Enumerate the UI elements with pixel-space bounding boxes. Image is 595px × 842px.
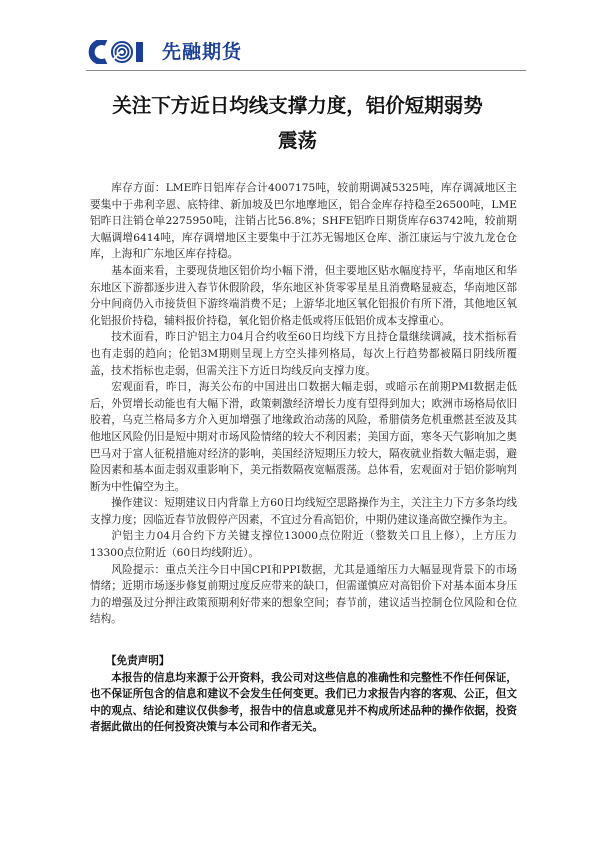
paragraph-support-levels: 沪铝主力04月合约下方关键支撑位13000点位附近（整数关口且上修），上方压力1… xyxy=(90,528,517,561)
report-title: 关注下方近日均线支撑力度，铝价短期弱势 震荡 xyxy=(70,88,525,158)
company-name: 先融期货 xyxy=(162,40,242,64)
paragraph-operation-advice: 操作建议：短期建议日内背靠上方60日均线短空思路操作为主，关注主力下方多条均线支… xyxy=(90,495,517,528)
paragraph-risk-warning: 风险提示：重点关注今日中国CPI和PPI数据，尤其是通缩压力大幅显现背景下的市场… xyxy=(90,562,517,628)
disclaimer-section: 【免责声明】 本报告的信息均来源于公开资料，我公司对这些信息的准确性和完整性不作… xyxy=(90,653,517,736)
report-body: 库存方面：LME昨日铝库存合计4007175吨，较前期调减5325吨，库存调减地… xyxy=(90,180,517,628)
title-line-1: 关注下方近日均线支撑力度，铝价短期弱势 xyxy=(70,88,525,123)
coi-logo-icon xyxy=(86,40,156,64)
report-header: 先融期货 xyxy=(86,38,526,68)
paragraph-inventory: 库存方面：LME昨日铝库存合计4007175吨，较前期调减5325吨，库存调减地… xyxy=(90,180,517,263)
paragraph-macro: 宏观面看，昨日，海关公布的中国进出口数据大幅走弱，或暗示在前期PMI数据走低后，… xyxy=(90,379,517,495)
header-divider xyxy=(86,70,526,71)
disclaimer-title: 【免责声明】 xyxy=(90,653,517,670)
company-logo: 先融期货 xyxy=(86,40,242,64)
title-line-2: 震荡 xyxy=(70,123,525,158)
disclaimer-text: 本报告的信息均来源于公开资料，我公司对这些信息的准确性和完整性不作任何保证，也不… xyxy=(90,670,517,736)
paragraph-technicals: 技术面看，昨日沪铝主力04月合约收至60日均线下方且持仓量继续调减，技术指标看也… xyxy=(90,329,517,379)
paragraph-fundamentals: 基本面来看，主要现货地区铝价均小幅下滑，但主要地区贴水幅度持平，华南地区和华东地… xyxy=(90,263,517,329)
